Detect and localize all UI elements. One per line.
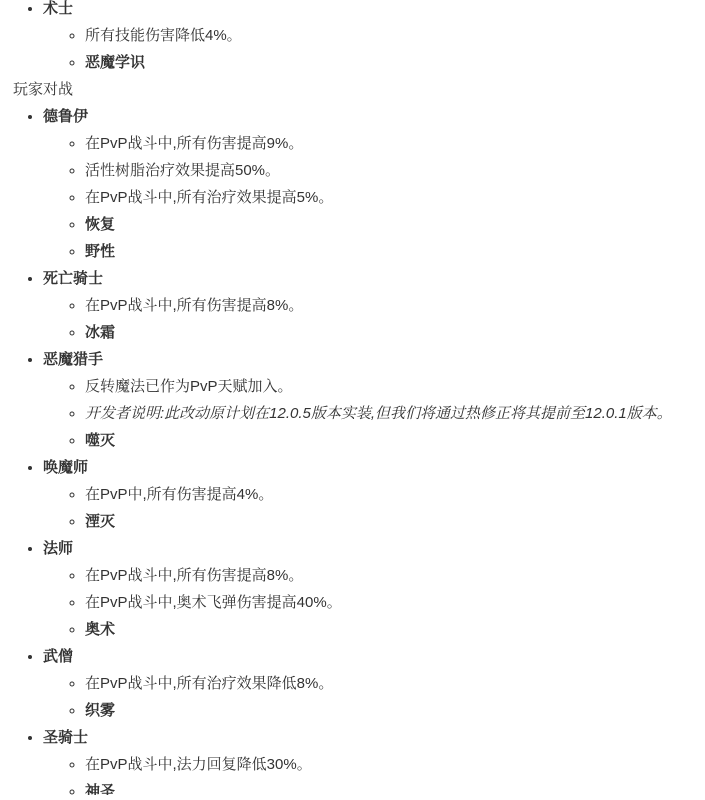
class-entry: 术士所有技能伤害降低4%。恶魔学识 [43, 0, 705, 76]
change-item: 在PvP中,所有伤害提高4%。 [85, 481, 705, 508]
class-name: 德鲁伊 [43, 108, 88, 125]
spec-entry: 湮灭 [85, 508, 705, 535]
change-list: 在PvP中,所有伤害提高4%。湮灭 [43, 481, 705, 535]
class-entry: 死亡骑士在PvP战斗中,所有伤害提高8%。冰霜 [43, 265, 705, 346]
change-item: 在PvP战斗中,所有伤害提高9%。 [85, 130, 705, 157]
class-name: 唤魔师 [43, 459, 88, 476]
section-heading-pvp: 玩家对战 [13, 76, 705, 103]
change-list: 在PvP战斗中,所有伤害提高8%。在PvP战斗中,奥术飞弹伤害提高40%。奥术 [43, 562, 705, 643]
class-entry: 法师在PvP战斗中,所有伤害提高8%。在PvP战斗中,奥术飞弹伤害提高40%。奥… [43, 535, 705, 643]
class-name: 恶魔猎手 [43, 351, 103, 368]
change-list: 所有技能伤害降低4%。恶魔学识 [43, 22, 705, 76]
spec-name: 恶魔学识 [85, 54, 145, 71]
change-text: 所有技能伤害降低4%。 [85, 27, 242, 44]
change-item: 所有技能伤害降低4%。 [85, 22, 705, 49]
class-name: 武僧 [43, 648, 73, 665]
change-list: 在PvP战斗中,所有治疗效果降低8%。织雾 [43, 670, 705, 724]
change-list: 反转魔法已作为PvP天赋加入。开发者说明:此改动原计划在12.0.5版本实装,但… [43, 373, 705, 454]
spec-entry: 奥术 [85, 616, 705, 643]
change-list: 在PvP战斗中,所有伤害提高9%。活性树脂治疗效果提高50%。在PvP战斗中,所… [43, 130, 705, 265]
spec-entry: 恢复 [85, 211, 705, 238]
change-text: 在PvP中,所有伤害提高4%。 [85, 486, 273, 503]
class-list: 德鲁伊在PvP战斗中,所有伤害提高9%。活性树脂治疗效果提高50%。在PvP战斗… [13, 103, 705, 795]
spec-entry: 神圣 [85, 778, 705, 795]
spec-entry: 冰霜 [85, 319, 705, 346]
change-list: 在PvP战斗中,法力回复降低30%。神圣 [43, 751, 705, 795]
class-name: 圣骑士 [43, 729, 88, 746]
change-text: 反转魔法已作为PvP天赋加入。 [85, 378, 293, 395]
spec-entry: 织雾 [85, 697, 705, 724]
class-list: 术士所有技能伤害降低4%。恶魔学识 [13, 0, 705, 76]
spec-name: 野性 [85, 243, 115, 260]
class-name: 死亡骑士 [43, 270, 103, 287]
change-text: 在PvP战斗中,所有伤害提高8%。 [85, 297, 303, 314]
change-text: 活性树脂治疗效果提高50%。 [85, 162, 280, 179]
change-text: 在PvP战斗中,所有治疗效果提高5%。 [85, 189, 333, 206]
spec-name: 噬灭 [85, 432, 115, 449]
spec-name: 神圣 [85, 783, 115, 795]
change-item: 活性树脂治疗效果提高50%。 [85, 157, 705, 184]
spec-entry: 野性 [85, 238, 705, 265]
change-text: 在PvP战斗中,所有伤害提高9%。 [85, 135, 303, 152]
class-entry: 德鲁伊在PvP战斗中,所有伤害提高9%。活性树脂治疗效果提高50%。在PvP战斗… [43, 103, 705, 265]
class-name: 术士 [43, 0, 73, 17]
change-text: 在PvP战斗中,所有伤害提高8%。 [85, 567, 303, 584]
spec-name: 奥术 [85, 621, 115, 638]
spec-name: 恢复 [85, 216, 115, 233]
change-item: 在PvP战斗中,法力回复降低30%。 [85, 751, 705, 778]
change-item: 反转魔法已作为PvP天赋加入。 [85, 373, 705, 400]
change-item: 在PvP战斗中,所有治疗效果降低8%。 [85, 670, 705, 697]
spec-entry: 噬灭 [85, 427, 705, 454]
change-item: 在PvP战斗中,奥术飞弹伤害提高40%。 [85, 589, 705, 616]
class-entry: 唤魔师在PvP中,所有伤害提高4%。湮灭 [43, 454, 705, 535]
spec-name: 冰霜 [85, 324, 115, 341]
change-list: 在PvP战斗中,所有伤害提高8%。冰霜 [43, 292, 705, 346]
dev-note-text: 开发者说明:此改动原计划在12.0.5版本实装,但我们将通过热修正将其提前至12… [85, 405, 672, 422]
dev-note: 开发者说明:此改动原计划在12.0.5版本实装,但我们将通过热修正将其提前至12… [85, 400, 705, 427]
class-entry: 恶魔猎手反转魔法已作为PvP天赋加入。开发者说明:此改动原计划在12.0.5版本… [43, 346, 705, 454]
warlock-list-container: 术士所有技能伤害降低4%。恶魔学识 [13, 0, 705, 76]
spec-name: 织雾 [85, 702, 115, 719]
change-item: 在PvP战斗中,所有治疗效果提高5%。 [85, 184, 705, 211]
change-text: 在PvP战斗中,所有治疗效果降低8%。 [85, 675, 333, 692]
pvp-class-list-container: 德鲁伊在PvP战斗中,所有伤害提高9%。活性树脂治疗效果提高50%。在PvP战斗… [13, 103, 705, 795]
class-entry: 武僧在PvP战斗中,所有治疗效果降低8%。织雾 [43, 643, 705, 724]
change-item: 在PvP战斗中,所有伤害提高8%。 [85, 292, 705, 319]
class-name: 法师 [43, 540, 73, 557]
change-text: 在PvP战斗中,法力回复降低30%。 [85, 756, 312, 773]
spec-entry: 恶魔学识 [85, 49, 705, 76]
class-entry: 圣骑士在PvP战斗中,法力回复降低30%。神圣 [43, 724, 705, 795]
change-item: 在PvP战斗中,所有伤害提高8%。 [85, 562, 705, 589]
patch-notes-document: 术士所有技能伤害降低4%。恶魔学识 玩家对战 德鲁伊在PvP战斗中,所有伤害提高… [0, 0, 705, 795]
spec-name: 湮灭 [85, 513, 115, 530]
change-text: 在PvP战斗中,奥术飞弹伤害提高40%。 [85, 594, 342, 611]
